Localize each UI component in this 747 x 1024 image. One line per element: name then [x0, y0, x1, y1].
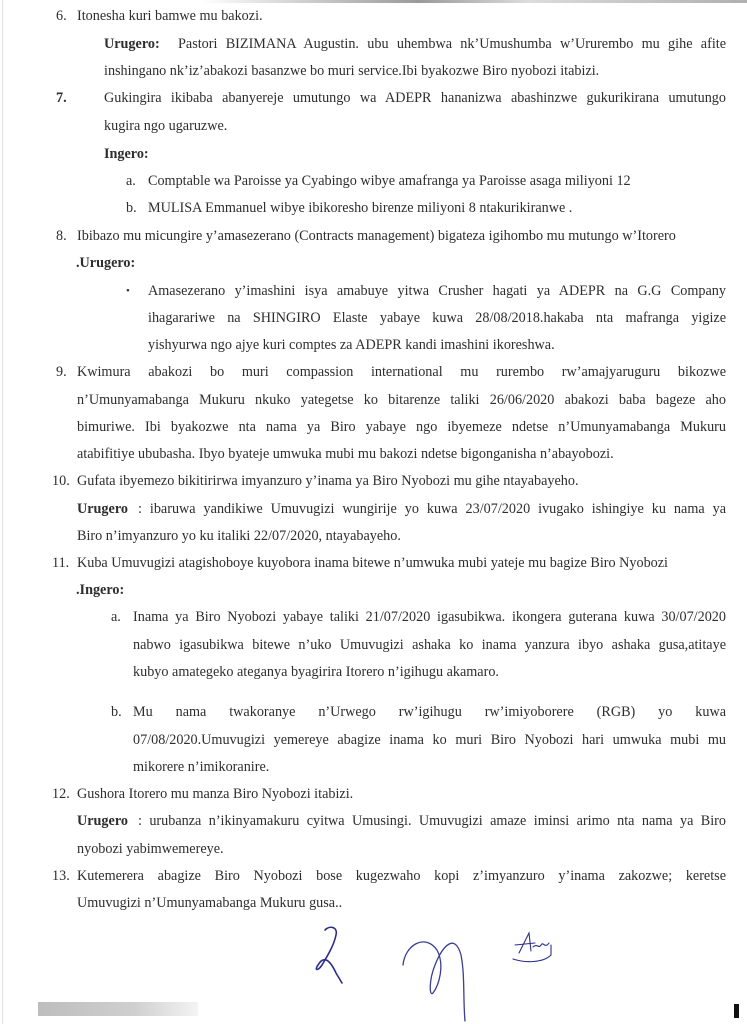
item-7-number: 7.	[56, 89, 67, 107]
scan-artifact-bar	[38, 1002, 198, 1016]
item-6-example-line-2: inshingano nk’iz’abakozi basanzwe bo mur…	[104, 62, 599, 80]
item-12-title: Gushora Itorero mu manza Biro Nyobozi it…	[77, 785, 353, 803]
item-10-title: Gufata ibyemezo bikitirirwa imyanzuro y’…	[77, 472, 579, 490]
item-8-title-line-2: .Urugero:	[76, 254, 135, 272]
item-11b-marker: b.	[111, 703, 122, 721]
item-8-number: 8.	[56, 227, 67, 245]
item-7-title-line-2: kugira ngo ugaruzwe.	[104, 117, 227, 135]
item-7-examples-label: Ingero:	[104, 145, 149, 163]
item-8-bullet-line-2: ihagarariwe na SHINGIRO Elaste yabaye ku…	[148, 309, 726, 327]
signature-3-icon	[505, 925, 565, 970]
item-7a-marker: a.	[126, 172, 136, 190]
item-6-title: Itonesha kuri bamwe mu bakozi.	[77, 7, 263, 25]
scan-top-edge	[200, 0, 747, 3]
item-11b-line-3: mikorere n’imikoranire.	[133, 758, 269, 776]
signature-2-icon	[395, 925, 505, 1024]
item-11-number: 11.	[52, 554, 69, 572]
item-12-example-line-1: : urubanza n’ikinyamakuru cyitwa Umusing…	[138, 812, 726, 830]
item-13-number: 13.	[52, 867, 70, 885]
item-12-example-label: Urugero	[77, 812, 128, 830]
item-11a-line-3: kubyo amategeko ateganya byagirira Itore…	[133, 663, 499, 681]
item-7b-text: MULISA Emmanuel wibye ibikoresho birenze…	[148, 199, 572, 217]
item-11-title-line-2: .Ingero:	[76, 581, 124, 599]
item-10-example-line-1: : ibaruwa yandikiwe Umuvugizi wungirije …	[138, 500, 726, 518]
item-6-example-line-1: Pastori BIZIMANA Augustin. ubu uhembwa n…	[178, 35, 726, 53]
item-8-bullet-line-3: yishyurwa ngo ajye kuri comptes za ADEPR…	[148, 336, 555, 354]
item-10-example-label: Urugero	[77, 500, 128, 518]
item-7-title-line-1: Gukingira ikibaba abanyereje umutungo wa…	[104, 89, 726, 107]
item-13-line-2: Umuvugizi n’Umunyamabanga Mukuru gusa..	[77, 894, 342, 912]
item-9-number: 9.	[56, 363, 67, 381]
item-8-bullet-line-1: Amasezerano y’imashini isya amabuye yitw…	[148, 282, 726, 300]
item-6-number: 6.	[56, 7, 67, 25]
item-11b-line-2: 07/08/2020.Umuvugizi yemereye abagize in…	[133, 731, 726, 749]
item-9-line-3: bimuriwe. Ibi byakozwe nta nama ya Biro …	[77, 418, 726, 436]
item-11a-line-1: Inama ya Biro Nyobozi yabaye taliki 21/0…	[133, 608, 726, 626]
item-9-line-4: atabifitiye ububasha. Ibyo byateje umwuk…	[77, 445, 614, 463]
item-10-number: 10.	[52, 472, 70, 490]
item-12-number: 12.	[52, 785, 70, 803]
item-6-example-label: Urugero:	[104, 35, 160, 53]
item-10-example-line-2: Biro n’imyanzuro yo ku italiki 22/07/202…	[77, 527, 401, 545]
item-7a-text: Comptable wa Paroisse ya Cyabingo wibye …	[148, 172, 631, 190]
scan-artifact-mark	[734, 1004, 739, 1018]
item-9-line-2: n’Umunyamabanga Mukuru nkuko yategetse k…	[77, 391, 726, 409]
item-11b-line-1: Mu nama twakoranye n’Urwego rw’igihugu r…	[133, 703, 726, 721]
item-11a-line-2: nabwo igasubikwa bitewe n’uko Umuvugizi …	[133, 636, 726, 654]
item-8-bullet: •	[126, 282, 130, 300]
item-11a-marker: a.	[111, 608, 121, 626]
item-13-line-1: Kutemerera abagize Biro Nyobozi bose kug…	[77, 867, 726, 885]
item-12-example-line-2: nyobozi yabimwemereye.	[77, 840, 224, 858]
item-8-title-line-1: Ibibazo mu micungire y’amasezerano (Cont…	[77, 227, 676, 245]
scan-left-edge	[2, 0, 3, 1024]
signature-1-icon	[300, 915, 380, 995]
item-7b-marker: b.	[126, 199, 137, 217]
item-11-title-line-1: Kuba Umuvugizi atagishoboye kuyobora ina…	[77, 554, 668, 572]
item-9-line-1: Kwimura abakozi bo muri compassion inter…	[77, 363, 726, 381]
